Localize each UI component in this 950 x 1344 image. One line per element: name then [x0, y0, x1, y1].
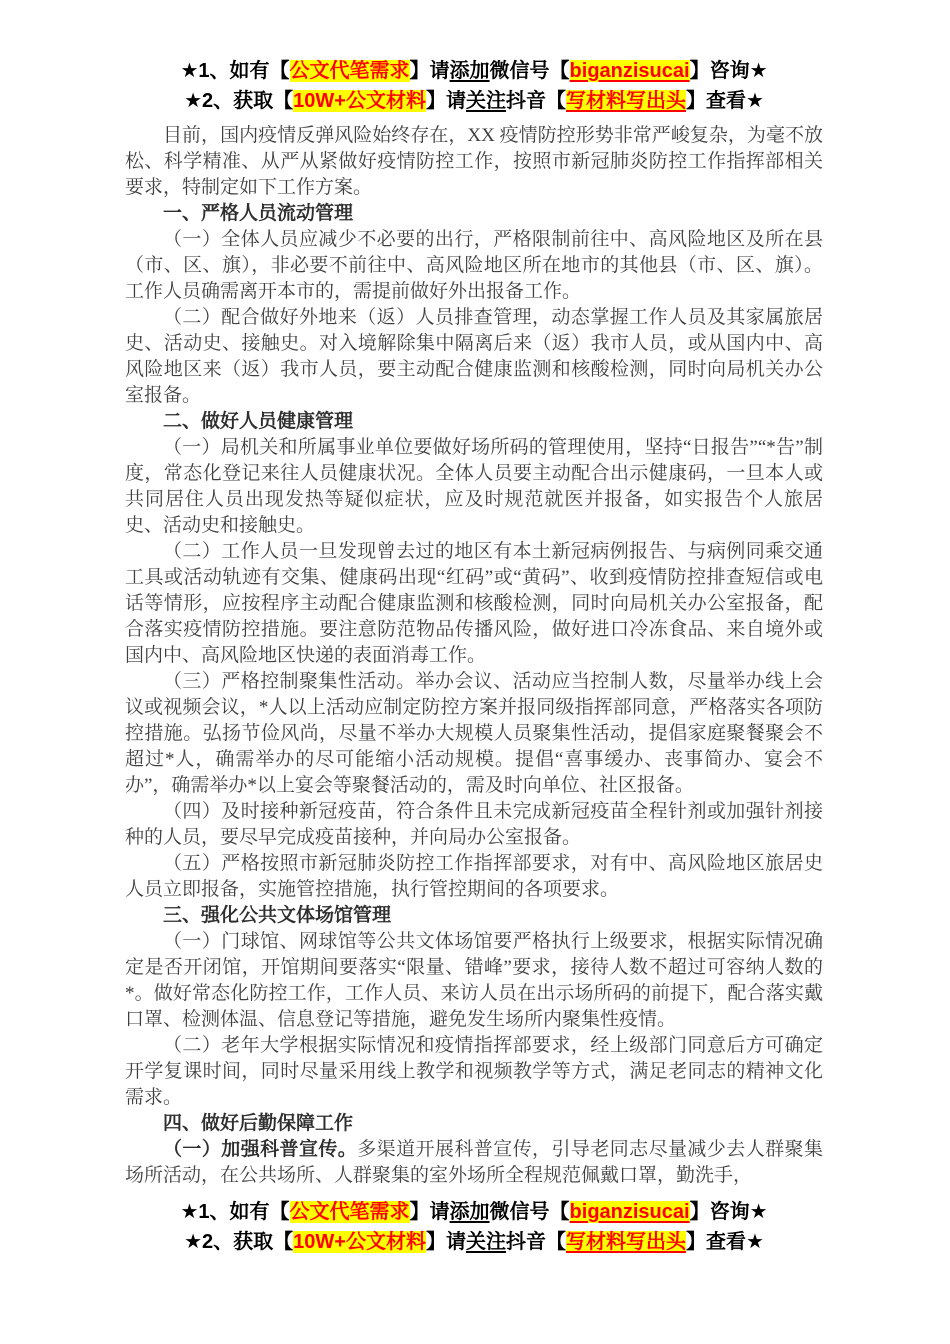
underlined-term: 关注: [466, 90, 506, 112]
douyin-id-highlight: 写材料写出头: [566, 1231, 686, 1253]
promo-line-2: ★2、获取【10W+公文材料】请关注抖音【写材料写出头】查看★: [125, 86, 823, 116]
body-paragraph: （三）严格控制聚集性活动。举办会议、活动应当控制人数，尽量举办线上会议或视频会议…: [125, 669, 823, 799]
promo-text: 抖音【: [506, 90, 566, 112]
highlighted-term: 10W+公文材料: [293, 1231, 426, 1253]
highlighted-term: 公文代笔需求: [290, 1201, 410, 1223]
promo-text: ★2、获取【: [184, 1231, 293, 1253]
body-paragraph: （一）加强科普宣传。多渠道开展科普宣传，引导老同志尽量减少去人群聚集场所活动，在…: [125, 1137, 823, 1189]
section-heading-1: 一、严格人员流动管理: [125, 201, 823, 227]
douyin-id-highlight: 写材料写出头: [566, 90, 686, 112]
promo-text: 】查看★: [686, 90, 764, 112]
header-promo: ★1、如有【公文代笔需求】请添加微信号【biganzisucai】咨询★ ★2、…: [125, 56, 823, 116]
promo-text: 微信号【: [490, 60, 570, 82]
promo-text: 】请: [410, 60, 450, 82]
paragraph-bold-lead: （一）加强科普宣传。: [163, 1139, 357, 1160]
document-page: ★1、如有【公文代笔需求】请添加微信号【biganzisucai】咨询★ ★2、…: [0, 0, 950, 1344]
promo-text: 微信号【: [490, 1201, 570, 1223]
promo-text: ★1、如有【: [180, 60, 289, 82]
underlined-term: 关注: [466, 1231, 506, 1253]
promo-text: ★2、获取【: [184, 90, 293, 112]
promo-line-2: ★2、获取【10W+公文材料】请关注抖音【写材料写出头】查看★: [125, 1227, 823, 1257]
body-paragraph: （二）工作人员一旦发现曾去过的地区有本土新冠病例报告、与病例同乘交通工具或活动轨…: [125, 539, 823, 669]
body-paragraph: （一）门球馆、网球馆等公共文体场馆要严格执行上级要求，根据实际情况确定是否开闭馆…: [125, 929, 823, 1033]
footer-promo: ★1、如有【公文代笔需求】请添加微信号【biganzisucai】咨询★ ★2、…: [125, 1197, 823, 1257]
wechat-id-highlight: biganzisucai: [570, 60, 690, 82]
document-body: 目前，国内疫情反弹风险始终存在，XX 疫情防控形势非常严峻复杂，为毫不放松、科学…: [125, 123, 823, 1189]
promo-text: 】咨询★: [690, 1201, 768, 1223]
promo-text: 】请: [426, 90, 466, 112]
promo-text: 】请: [410, 1201, 450, 1223]
body-paragraph: （一）局机关和所属事业单位要做好场所码的管理使用，坚持“日报告”“*告”制度，常…: [125, 435, 823, 539]
promo-text: ★1、如有【: [180, 1201, 289, 1223]
body-paragraph: （二）老年大学根据实际情况和疫情指挥部要求，经上级部门同意后方可确定开学复课时间…: [125, 1033, 823, 1111]
body-paragraph: （四）及时接种新冠疫苗，符合条件且未完成新冠疫苗全程针剂或加强针剂接种的人员，要…: [125, 799, 823, 851]
section-heading-4: 四、做好后勤保障工作: [125, 1111, 823, 1137]
wechat-id-highlight: biganzisucai: [570, 1201, 690, 1223]
promo-text: 抖音【: [506, 1231, 566, 1253]
section-heading-3: 三、强化公共文体场馆管理: [125, 903, 823, 929]
underlined-term: 添加: [450, 60, 490, 82]
promo-text: 】查看★: [686, 1231, 764, 1253]
body-paragraph: 目前，国内疫情反弹风险始终存在，XX 疫情防控形势非常严峻复杂，为毫不放松、科学…: [125, 123, 823, 201]
promo-text: 】请: [426, 1231, 466, 1253]
promo-text: 】咨询★: [690, 60, 768, 82]
underlined-term: 添加: [450, 1201, 490, 1223]
promo-line-1: ★1、如有【公文代笔需求】请添加微信号【biganzisucai】咨询★: [125, 1197, 823, 1227]
body-paragraph: （二）配合做好外地来（返）人员排查管理，动态掌握工作人员及其家属旅居史、活动史、…: [125, 305, 823, 409]
highlighted-term: 公文代笔需求: [290, 60, 410, 82]
section-heading-2: 二、做好人员健康管理: [125, 409, 823, 435]
promo-line-1: ★1、如有【公文代笔需求】请添加微信号【biganzisucai】咨询★: [125, 56, 823, 86]
body-paragraph: （五）严格按照市新冠肺炎防控工作指挥部要求，对有中、高风险地区旅居史人员立即报备…: [125, 851, 823, 903]
body-paragraph: （一）全体人员应减少不必要的出行，严格限制前往中、高风险地区及所在县（市、区、旗…: [125, 227, 823, 305]
highlighted-term: 10W+公文材料: [293, 90, 426, 112]
